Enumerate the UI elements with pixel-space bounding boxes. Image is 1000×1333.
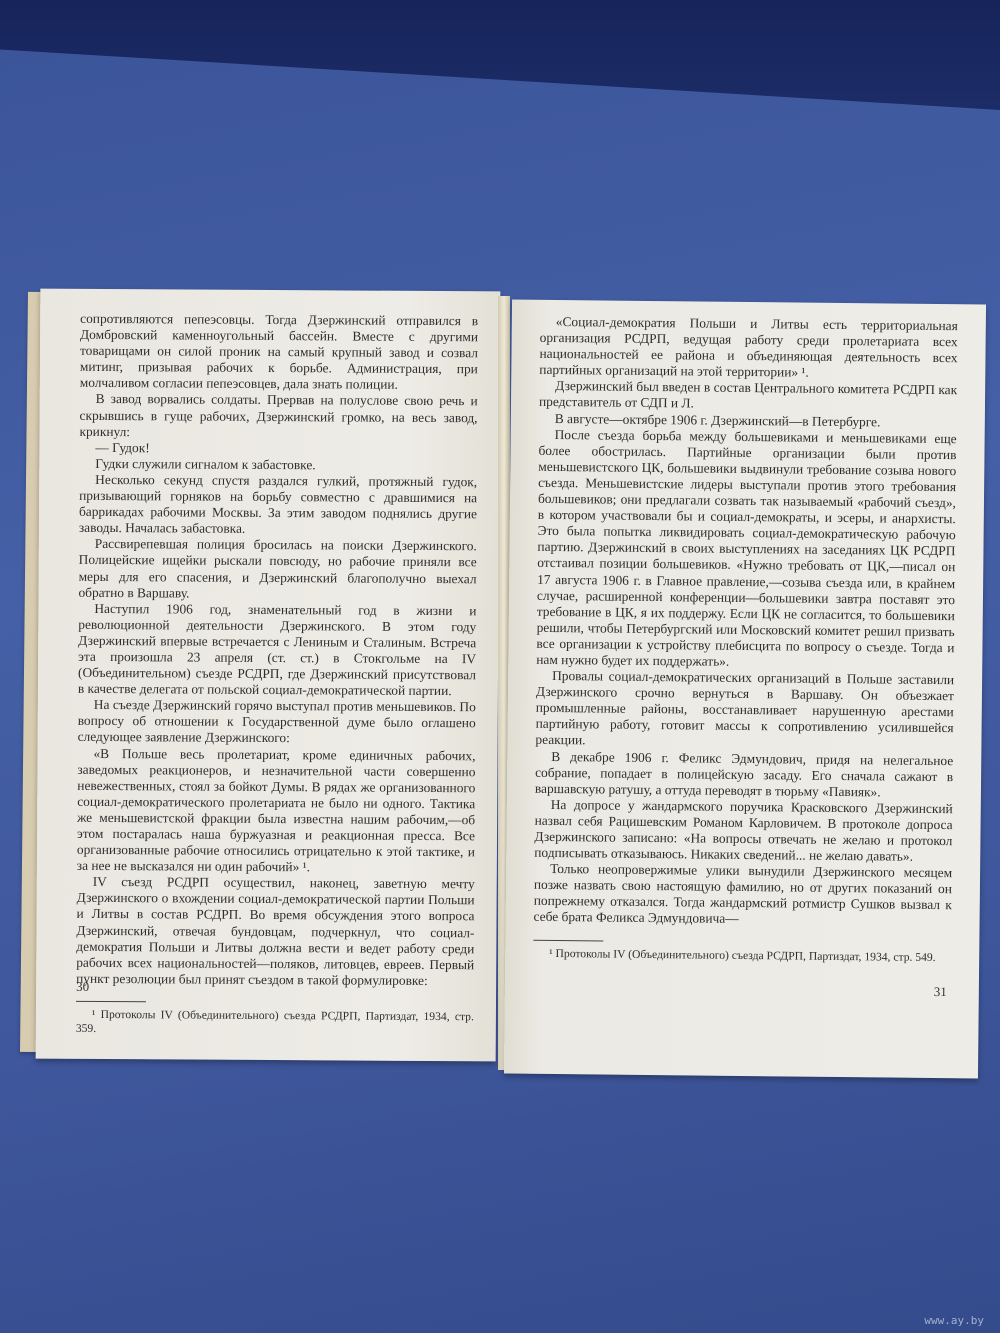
footnote: ¹ Протоколы IV (Объединительного) съезда… bbox=[533, 946, 951, 964]
site-watermark: www.ay.by bbox=[924, 1314, 984, 1327]
paragraph: сопротивляются пепеэсовцы. Тогда Дзержин… bbox=[80, 311, 478, 394]
left-page: сопротивляются пепеэсовцы. Тогда Дзержин… bbox=[36, 289, 501, 1062]
page-number: 31 bbox=[934, 984, 947, 1000]
paragraph: В завод ворвались солдаты. Прервав на по… bbox=[79, 391, 477, 442]
left-page-body: сопротивляются пепеэсовцы. Тогда Дзержин… bbox=[76, 311, 478, 1038]
paragraph: Провалы социал-демократических организац… bbox=[535, 668, 954, 753]
footnote-rule bbox=[76, 1001, 146, 1002]
footnote: ¹ Протоколы IV (Объединительного) съезда… bbox=[76, 1008, 474, 1038]
paragraph: Наступил 1906 год, знаменательный год в … bbox=[78, 601, 477, 700]
paragraph: Дзержинский был введен в состав Централь… bbox=[539, 378, 957, 415]
page-number: 30 bbox=[76, 979, 89, 995]
paragraph: На съезде Дзержинский горячо выступал пр… bbox=[78, 697, 476, 748]
paragraph: На допросе у жандармского поручика Краск… bbox=[534, 797, 953, 866]
quote-paragraph: «В Польше весь пролетариат, кроме единич… bbox=[77, 745, 476, 876]
paragraph: В декабре 1906 г. Феликс Эдмундович, при… bbox=[535, 748, 953, 801]
right-page: «Социал-демократия Польши и Литвы есть т… bbox=[504, 300, 986, 1079]
paragraph: IV съезд РСДРП осуществил, наконец, заве… bbox=[76, 874, 475, 989]
paragraph: Рассвирепевшая полиция бросилась на поис… bbox=[78, 536, 476, 603]
footnote-rule bbox=[533, 939, 603, 941]
quote-paragraph: «Социал-демократия Польши и Литвы есть т… bbox=[539, 314, 958, 383]
right-page-body: «Социал-демократия Польши и Литвы есть т… bbox=[533, 314, 958, 965]
paragraph: Несколько секунд спустя раздался гулкий,… bbox=[79, 472, 477, 539]
paragraph: После съезда борьба между большевиками и… bbox=[536, 426, 957, 672]
paragraph: Только неопровержимые улики вынудили Дзе… bbox=[534, 861, 953, 930]
